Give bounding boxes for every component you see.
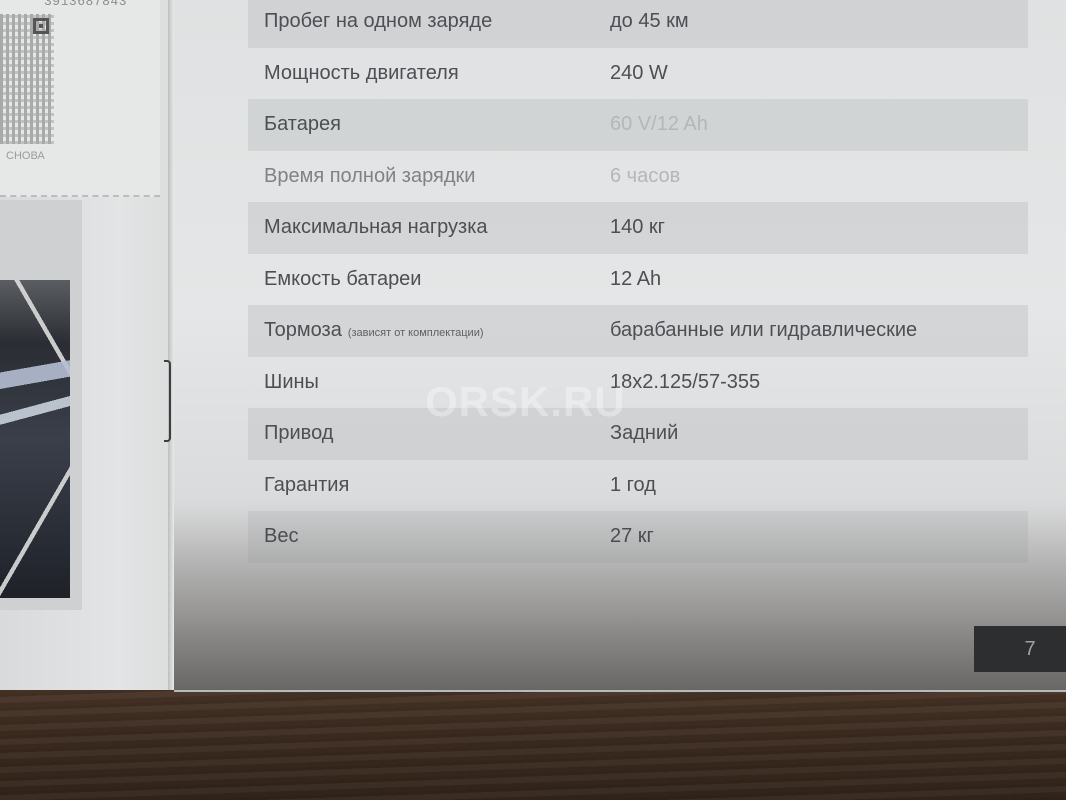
spec-value: до 45 км xyxy=(610,10,689,33)
spec-value: 60 V/12 Ah xyxy=(610,113,708,136)
spec-row: Время полной зарядки 6 часов xyxy=(248,151,1028,203)
scooter-frame-photo xyxy=(0,280,70,598)
spec-row: Максимальная нагрузка 140 кг xyxy=(248,202,1028,254)
spec-row: Вес 27 кг xyxy=(248,511,1028,563)
spec-row: Батарея 60 V/12 Ah xyxy=(248,99,1028,151)
spec-label: Батарея xyxy=(264,113,341,136)
spec-label: Шины xyxy=(264,371,319,394)
spec-label: Время полной зарядки xyxy=(264,165,475,188)
qr-corner-marker xyxy=(33,18,49,34)
spec-label: Гарантия xyxy=(264,474,349,497)
spec-value: 18x2.125/57-355 xyxy=(610,371,760,394)
spec-label: Максимальная нагрузка xyxy=(264,216,488,239)
spec-value: 1 год xyxy=(610,474,656,497)
spec-label: Привод xyxy=(264,422,333,445)
spec-row: Пробег на одном заряде до 45 км xyxy=(248,0,1028,48)
spec-row: Шины 18x2.125/57-355 xyxy=(248,357,1028,409)
spec-value: барабанные или гидравлические xyxy=(610,319,917,342)
watermark: ORSK.RU xyxy=(425,378,626,426)
spec-value: 6 часов xyxy=(610,165,680,188)
spec-label: Пробег на одном заряде xyxy=(264,10,492,33)
spec-row: Привод Задний xyxy=(248,408,1028,460)
spec-row: Емкость батареи 12 Ah xyxy=(248,254,1028,306)
left-page: 3913687843 СНОВА xyxy=(0,0,172,690)
spec-table: Пробег на одном заряде до 45 км Мощность… xyxy=(248,0,1028,563)
spec-row: Мощность двигателя 240 W xyxy=(248,48,1028,100)
spec-value: 140 кг xyxy=(610,216,665,239)
sticker-label: СНОВА xyxy=(6,150,45,162)
spec-label: Вес xyxy=(264,525,298,548)
spec-note: (зависят от комплектации) xyxy=(348,327,484,339)
barcode-sticker: 3913687843 СНОВА xyxy=(0,0,160,197)
spec-value: 12 Ah xyxy=(610,268,661,291)
spec-label: Емкость батареи xyxy=(264,268,421,291)
spec-label: Тормоза(зависят от комплектации) xyxy=(264,319,484,342)
spec-label-text: Тормоза xyxy=(264,319,342,341)
sticker-number: 3913687843 xyxy=(44,0,127,9)
page-number: 7 xyxy=(974,626,1066,672)
spec-row: Тормоза(зависят от комплектации) барабан… xyxy=(248,305,1028,357)
spec-value: 240 W xyxy=(610,62,668,85)
spec-value: 27 кг xyxy=(610,525,654,548)
photo-frame xyxy=(0,200,82,610)
wooden-table xyxy=(0,680,1066,800)
spec-label: Мощность двигателя xyxy=(264,62,459,85)
staple xyxy=(164,360,171,442)
spec-row: Гарантия 1 год xyxy=(248,460,1028,512)
